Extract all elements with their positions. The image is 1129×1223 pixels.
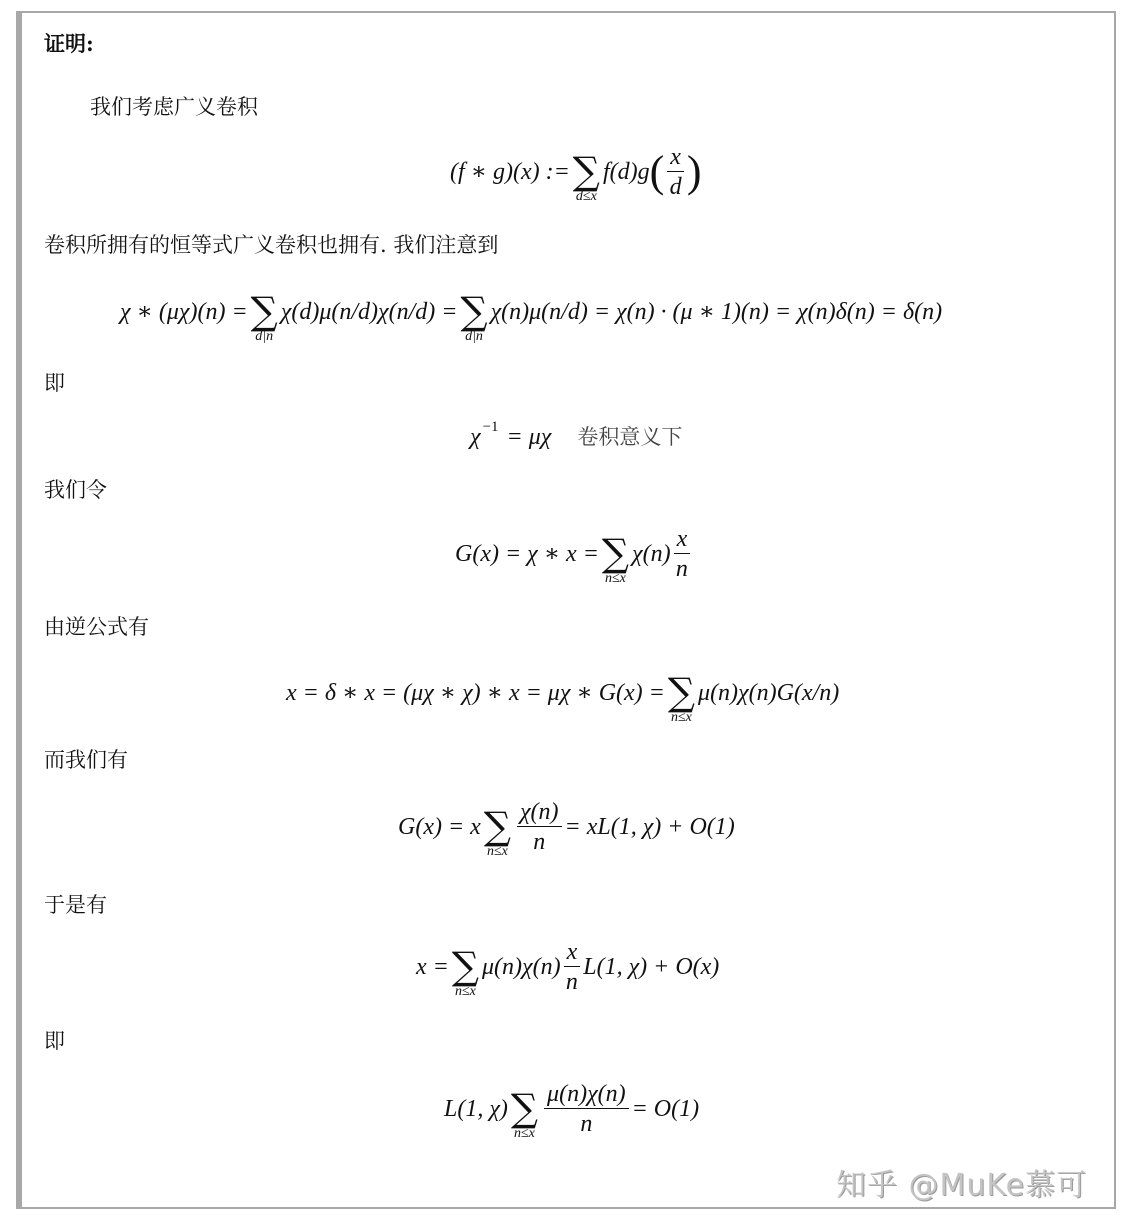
- equation-inversion: x = δ ∗ x = (μχ ∗ χ) ∗ x = μχ ∗ G(x) = ∑…: [286, 668, 839, 718]
- summation: ∑ n≤x: [668, 675, 695, 725]
- equation-chi-inverse: χ−1 = μχ 卷积意义下: [470, 425, 682, 449]
- equation-generalized-convolution: (f ∗ g)(x) := ∑ d≤x f(d)g ( x d ): [450, 145, 702, 199]
- sigma-icon: ∑: [511, 1091, 538, 1125]
- summation: ∑ n≤x: [484, 809, 511, 859]
- equation-x-expansion: x = ∑ n≤x μ(n)χ(n) x n L(1, χ) + O(x): [416, 940, 719, 994]
- paragraph-we-have: 而我们有: [44, 750, 128, 771]
- paragraph-ie-2: 即: [44, 1031, 65, 1052]
- sigma-icon: ∑: [668, 675, 695, 709]
- summation: ∑ n≤x: [452, 949, 479, 999]
- summation: ∑ n≤x: [511, 1091, 538, 1141]
- eq2-lhs: χ ∗ (μχ)(n) =: [120, 300, 248, 324]
- fraction: x d: [667, 145, 684, 199]
- sigma-icon: ∑: [460, 294, 487, 328]
- fraction: χ(n) n: [517, 800, 562, 854]
- sigma-icon: ∑: [602, 536, 629, 570]
- sum-index: d≤x: [576, 190, 597, 204]
- fraction: x n: [564, 940, 581, 994]
- paragraph-identity: 卷积所拥有的恒等式广义卷积也拥有. 我们注意到: [44, 235, 498, 256]
- fraction: μ(n)χ(n) n: [544, 1082, 629, 1136]
- convolution-sense-note: 卷积意义下: [577, 427, 682, 448]
- paragraph-thus: 于是有: [44, 895, 107, 916]
- summation: ∑ d|n: [460, 294, 487, 344]
- equation-G-asymptotic: G(x) = x ∑ n≤x χ(n) n = xL(1, χ) + O(1): [398, 800, 735, 854]
- eq2-mid: χ(d)μ(n/d)χ(n/d) =: [281, 300, 458, 324]
- intro-text: 我们考虑广义卷积: [90, 97, 258, 118]
- left-paren: (: [650, 150, 665, 194]
- equation-chi-inverse-derivation: χ ∗ (μχ)(n) = ∑ d|n χ(d)μ(n/d)χ(n/d) = ∑…: [120, 287, 942, 337]
- summation: ∑ d≤x: [573, 154, 600, 204]
- watermark: 知乎 @MuKe慕可: [836, 1160, 1087, 1204]
- sigma-icon: ∑: [452, 949, 479, 983]
- sigma-icon: ∑: [251, 294, 278, 328]
- summation: ∑ d|n: [251, 294, 278, 344]
- right-paren: ): [687, 150, 702, 194]
- sigma-icon: ∑: [484, 809, 511, 843]
- equation-final: L(1, χ) ∑ n≤x μ(n)χ(n) n = O(1): [444, 1082, 699, 1136]
- eq2-rhs: χ(n)μ(n/d) = χ(n) · (μ ∗ 1)(n) = χ(n)δ(n…: [491, 300, 943, 324]
- paragraph-ie-1: 即: [44, 373, 65, 394]
- paragraph-inversion: 由逆公式有: [44, 617, 149, 638]
- proof-heading: 证明:: [44, 33, 94, 54]
- equation-G-definition: G(x) = χ ∗ x = ∑ n≤x χ(n) x n: [455, 527, 693, 581]
- exponent: −1: [483, 420, 499, 435]
- summation: ∑ n≤x: [602, 536, 629, 586]
- eq1-body: f(d)g: [603, 160, 650, 184]
- eq1-lhs: (f ∗ g)(x) :=: [450, 160, 570, 184]
- paragraph-let: 我们令: [44, 480, 107, 501]
- fraction: x n: [674, 527, 691, 581]
- sigma-icon: ∑: [573, 154, 600, 188]
